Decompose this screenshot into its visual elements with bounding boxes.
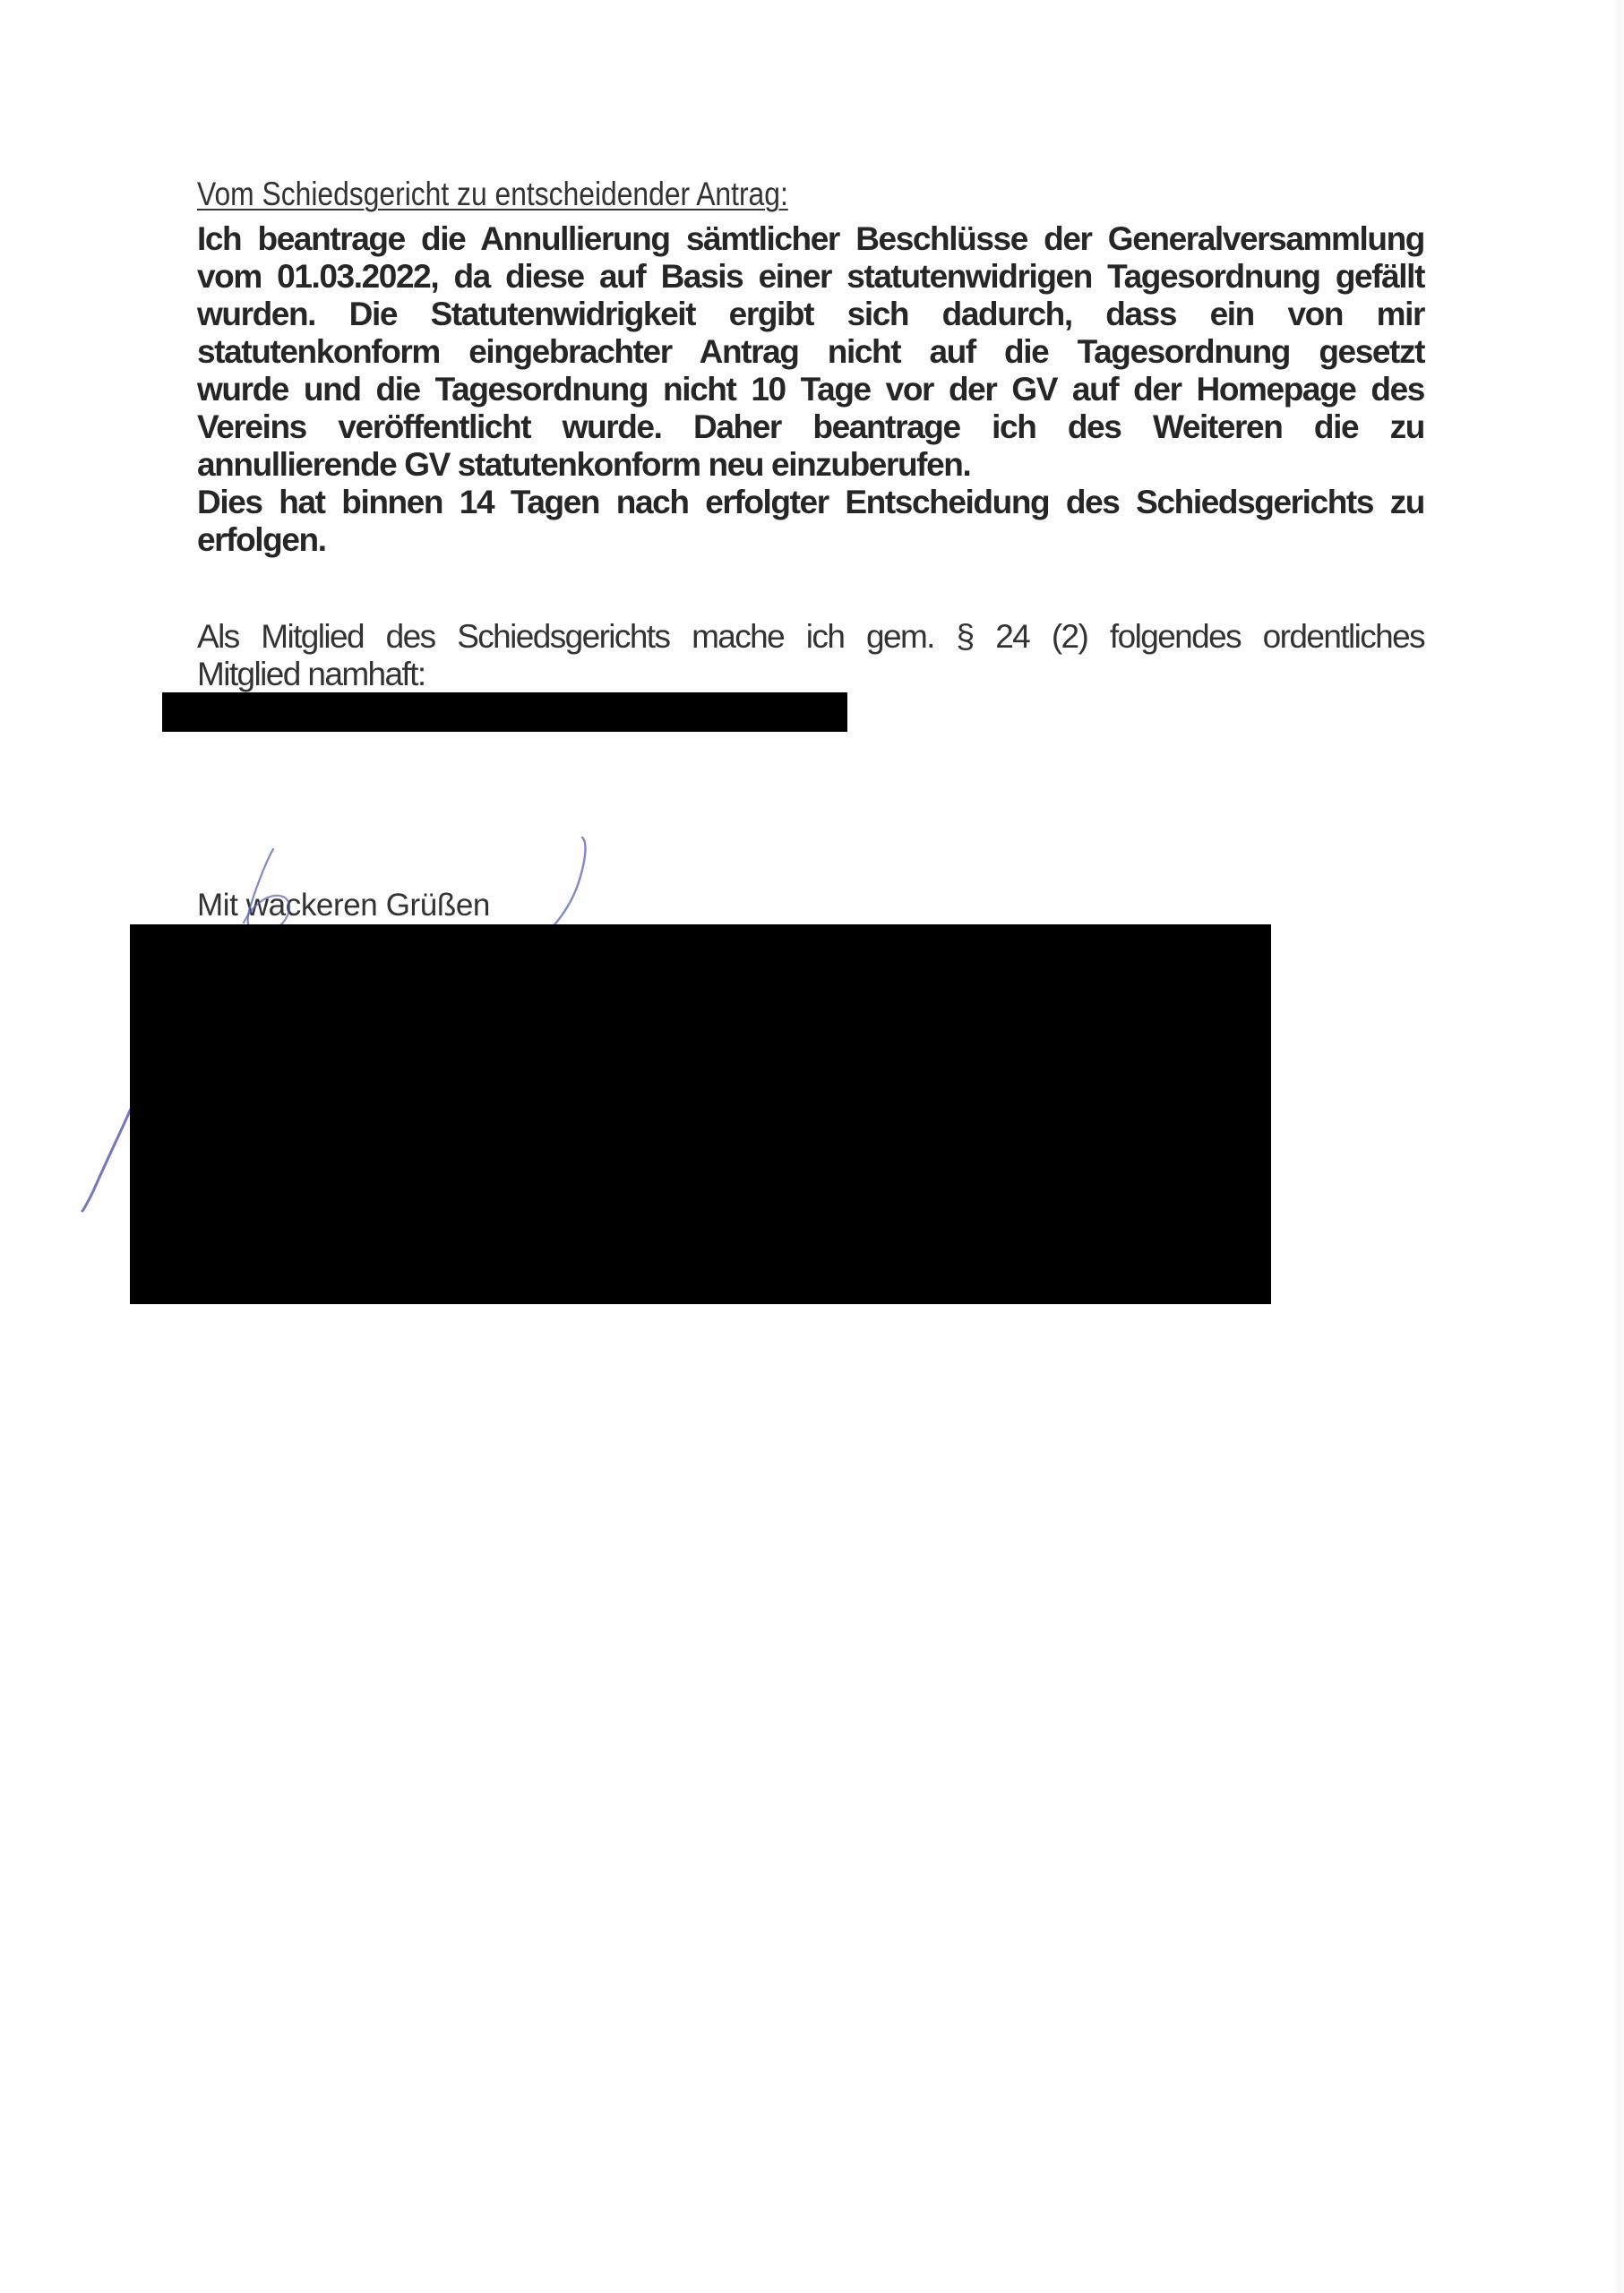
nominee-line: Mitglied namhaft: (197, 656, 1424, 693)
document-body: Vom Schiedsgericht zu entscheidender Ant… (197, 176, 1424, 559)
closing-greeting: Mit wackeren Grüßen (197, 887, 490, 924)
redacted-signature-block (130, 924, 1271, 1304)
request-line: wurden. Die Statutenwidrigkeit ergibt si… (197, 296, 1424, 333)
request-line: vom 01.03.2022, da diese auf Basis einer… (197, 258, 1424, 296)
request-heading: Vom Schiedsgericht zu entscheidender Ant… (197, 176, 1252, 213)
request-line: erfolgen. (197, 521, 1424, 559)
request-line: Vereins veröffentlicht wurde. Daher bean… (197, 408, 1424, 446)
request-line: wurde und die Tagesordnung nicht 10 Tage… (197, 371, 1424, 408)
nominee-line: Als Mitglied des Schiedsgerichts mache i… (197, 618, 1424, 656)
nominee-paragraph: Als Mitglied des Schiedsgerichts mache i… (197, 618, 1424, 693)
request-line: annullierende GV statutenkonform neu ein… (197, 446, 1424, 484)
request-line: Dies hat binnen 14 Tagen nach erfolgter … (197, 484, 1424, 521)
request-paragraph: Ich beantrage die Annullierung sämtliche… (197, 220, 1424, 559)
request-line: Ich beantrage die Annullierung sämtliche… (197, 220, 1424, 258)
scan-page-edge (1611, 0, 1624, 2293)
redacted-nominee-name (162, 692, 847, 732)
request-line: statutenkonform eingebrachter Antrag nic… (197, 333, 1424, 371)
